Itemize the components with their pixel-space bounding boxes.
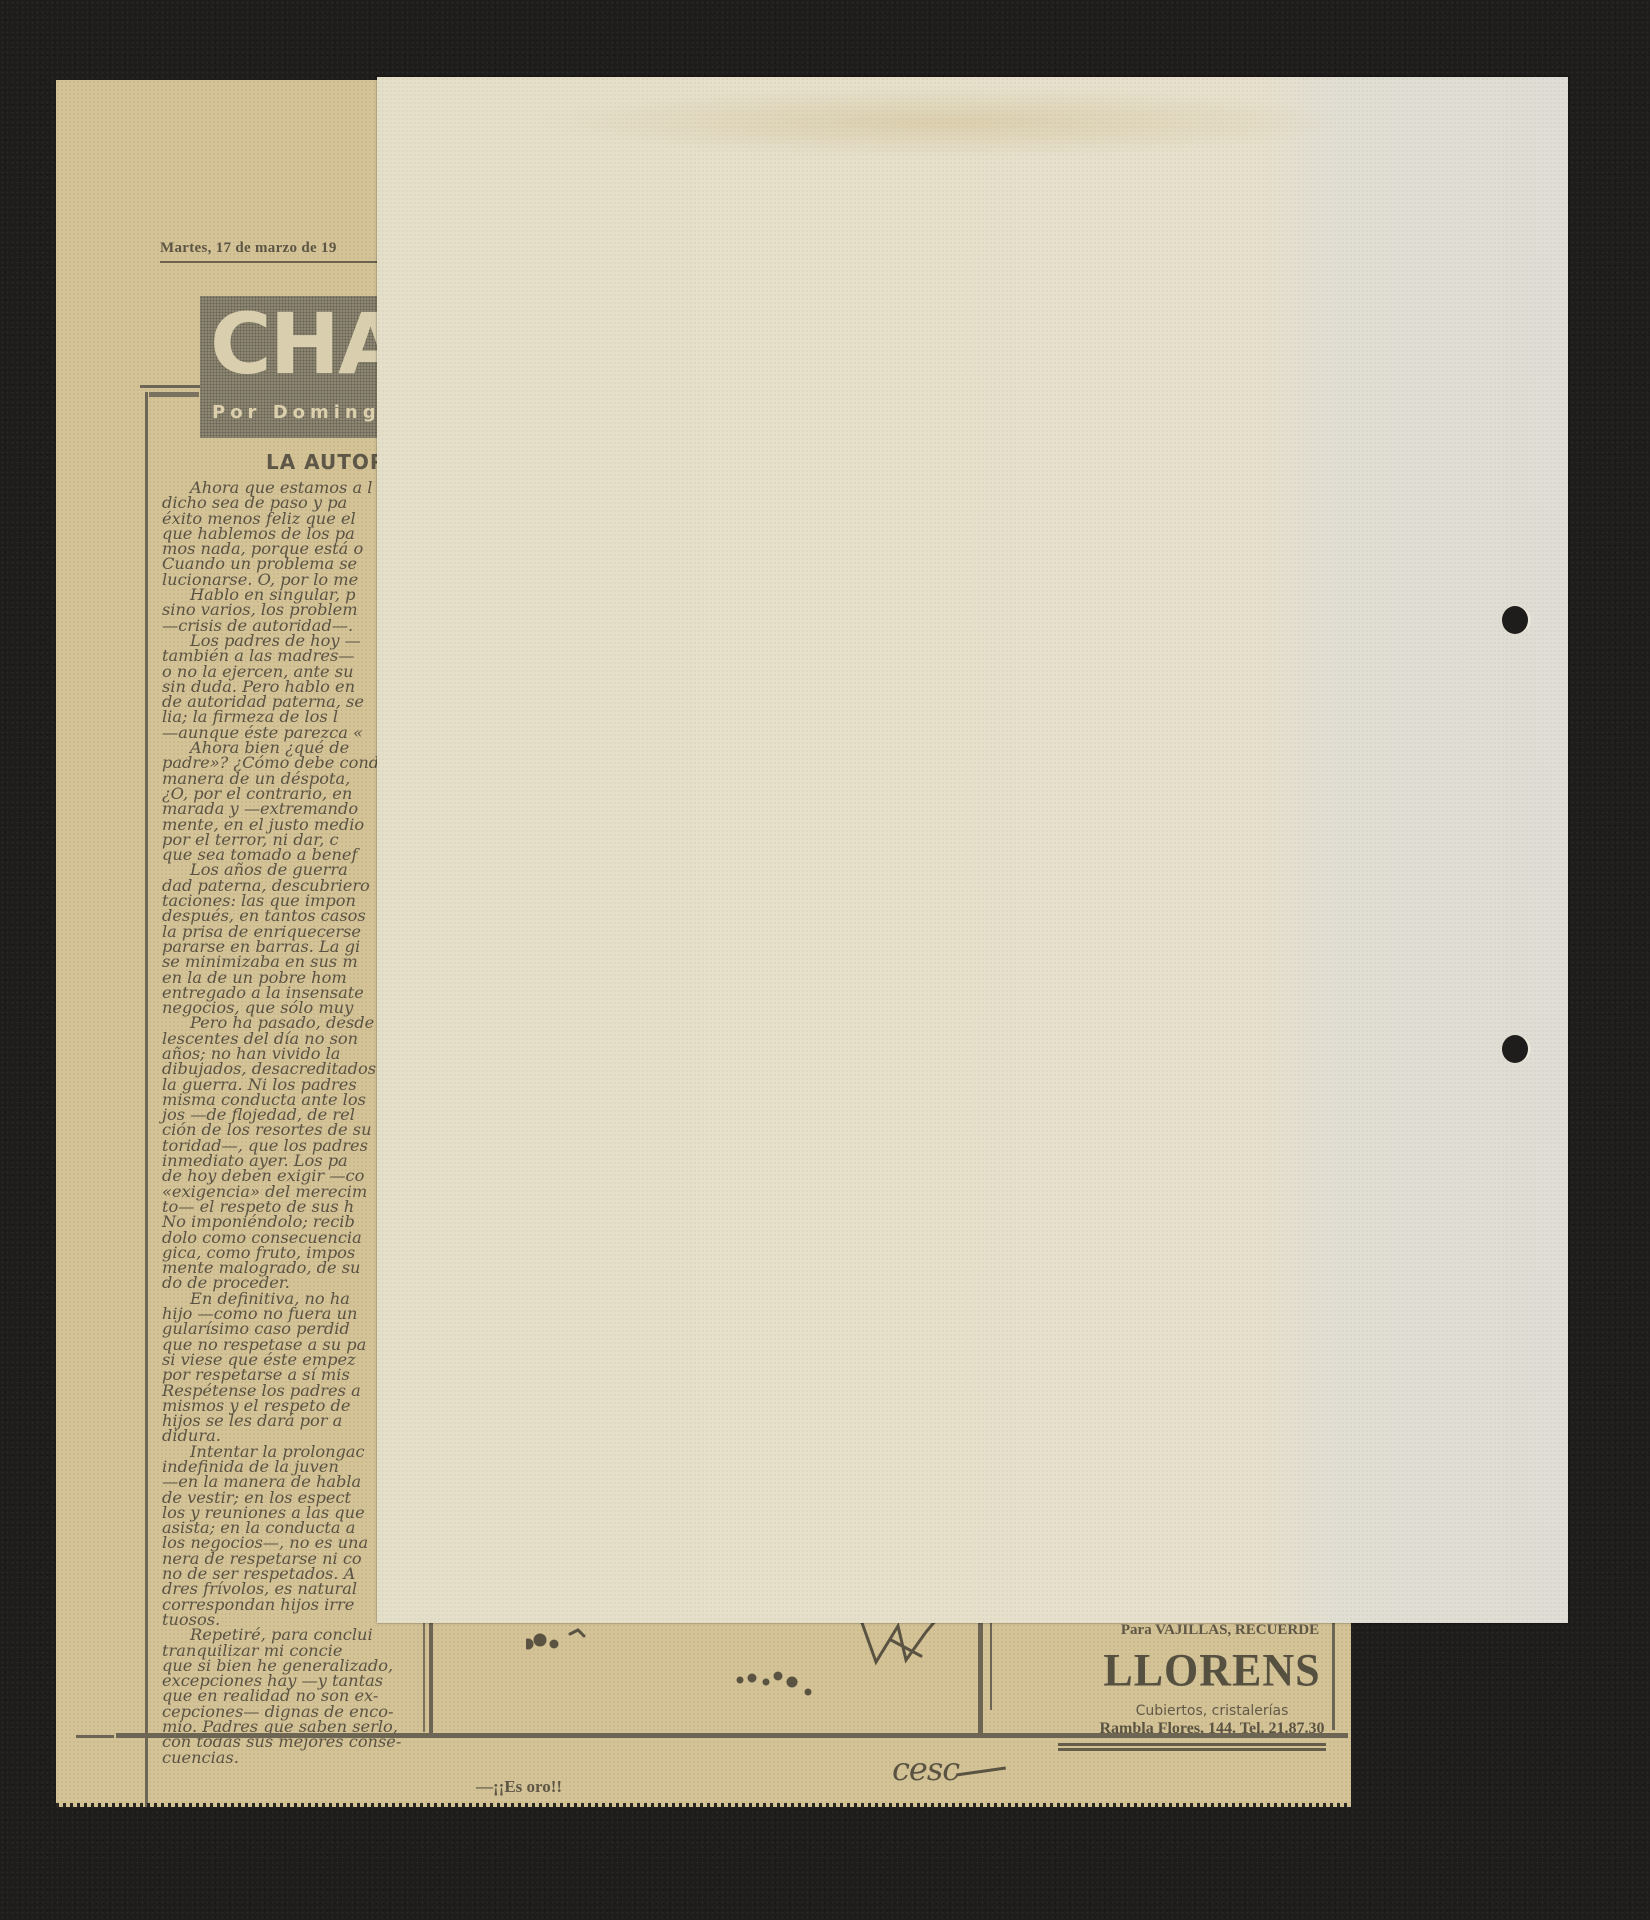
column-masthead: CHA Por Doming [200, 296, 400, 438]
blank-cover-sheet [377, 77, 1568, 1623]
ad-double-rule [1058, 1743, 1326, 1751]
ad-kicker: Para VAJILLAS, RECUERDE [1070, 1622, 1351, 1639]
ad-brand-name: LLORENS [1062, 1644, 1351, 1698]
punch-hole [1502, 1035, 1528, 1063]
punch-hole [1502, 606, 1528, 634]
article-line: cuencias. [162, 1750, 452, 1765]
ad-products: Cubiertos, cristalerías [1062, 1703, 1351, 1719]
cartoon-drawing [526, 1620, 1046, 1750]
article-title: LA AUTORI [266, 450, 395, 474]
column-frame-left-rule [145, 392, 148, 1807]
masthead-title: CHA [210, 302, 401, 386]
bottom-rule-left [76, 1735, 114, 1738]
bottom-rule [116, 1733, 1348, 1738]
column-frame-top-rule [140, 385, 200, 388]
masthead-byline: Por Doming [212, 402, 381, 423]
cartoon-caption: —¡¡Es oro!! [476, 1777, 562, 1797]
cartoonist-signature: cesc [892, 1750, 959, 1788]
